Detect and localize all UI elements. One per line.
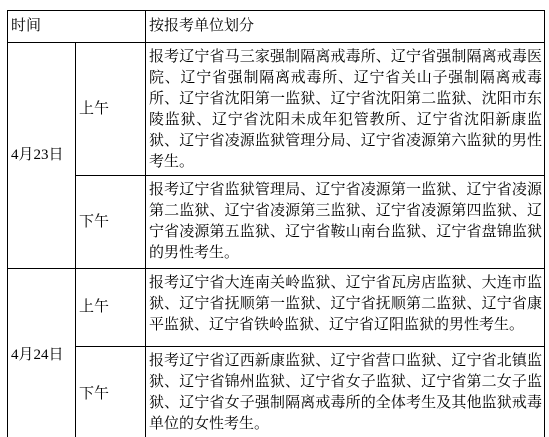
table-row: 4月24日 上午 报考辽宁省大连南关岭监狱、辽宁省瓦房店监狱、大连市监狱、辽宁省… [8,269,545,347]
exam-schedule-table: 时间 按报考单位划分 4月23日 上午 报考辽宁省马三家强制隔离戒毒所、辽宁省强… [7,10,545,437]
unit-cell-apr23-morning: 报考辽宁省马三家强制隔离戒毒所、辽宁省强制隔离戒毒医院、辽宁省强制隔离戒毒所、辽… [146,43,545,176]
page: 时间 按报考单位划分 4月23日 上午 报考辽宁省马三家强制隔离戒毒所、辽宁省强… [0,0,549,437]
date-cell-apr24: 4月24日 [8,269,76,437]
header-row: 时间 按报考单位划分 [8,11,545,43]
period-cell-apr23-afternoon: 下午 [76,176,146,269]
date-cell-apr23: 4月23日 [8,43,76,269]
unit-cell-apr23-afternoon: 报考辽宁省监狱管理局、辽宁省凌源第一监狱、辽宁省凌源第二监狱、辽宁省凌源第三监狱… [146,176,545,269]
period-cell-apr24-morning: 上午 [76,269,146,347]
table-row: 4月23日 上午 报考辽宁省马三家强制隔离戒毒所、辽宁省强制隔离戒毒医院、辽宁省… [8,43,545,176]
unit-cell-apr24-afternoon: 报考辽宁省辽西新康监狱、辽宁省营口监狱、辽宁省北镇监狱、辽宁省锦州监狱、辽宁省女… [146,347,545,437]
unit-cell-apr24-morning: 报考辽宁省大连南关岭监狱、辽宁省瓦房店监狱、大连市监狱、辽宁省抚顺第一监狱、辽宁… [146,269,545,347]
header-time: 时间 [8,11,146,43]
period-cell-apr23-morning: 上午 [76,43,146,176]
period-cell-apr24-afternoon: 下午 [76,347,146,437]
table-row: 下午 报考辽宁省监狱管理局、辽宁省凌源第一监狱、辽宁省凌源第二监狱、辽宁省凌源第… [8,176,545,269]
header-unit: 按报考单位划分 [146,11,545,43]
table-row: 下午 报考辽宁省辽西新康监狱、辽宁省营口监狱、辽宁省北镇监狱、辽宁省锦州监狱、辽… [8,347,545,437]
